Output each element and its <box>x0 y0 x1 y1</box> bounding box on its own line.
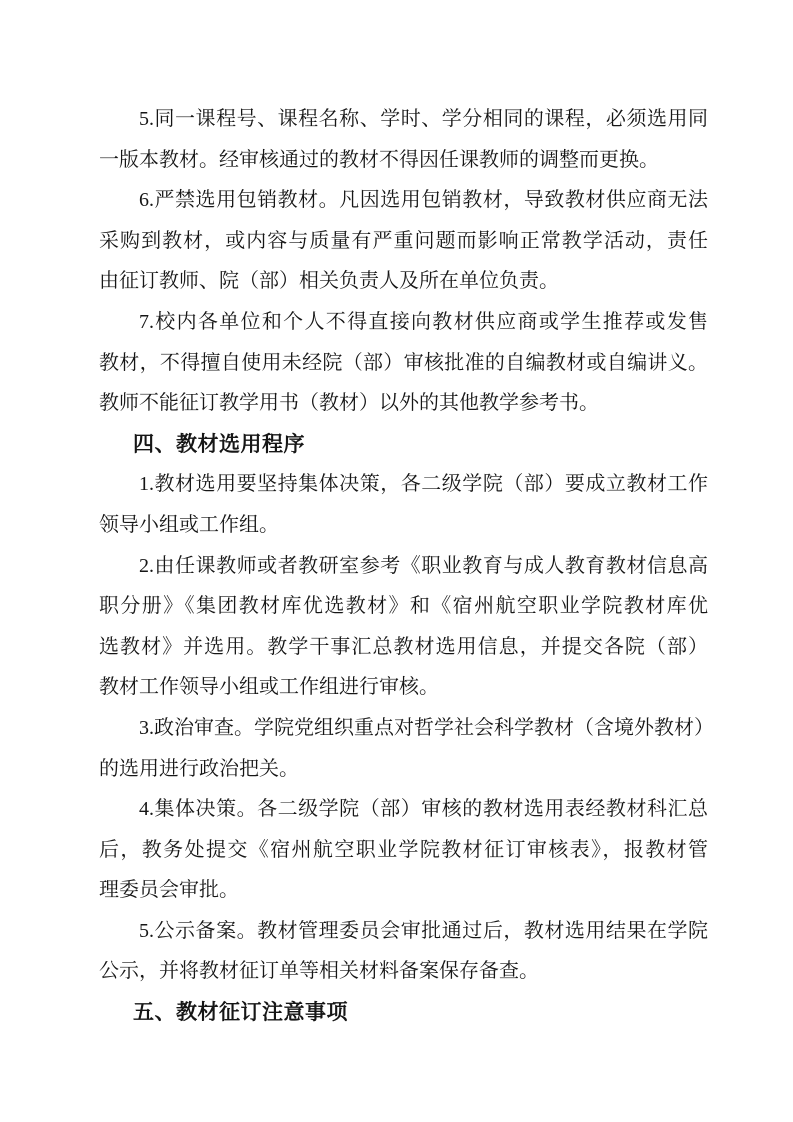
text-line: 选教材》并选用。教学干事汇总教材选用信息，并提交各院（部） <box>99 627 708 668</box>
paragraph-procedure-1: 1.教材选用要坚持集体决策，各二级学院（部）要成立教材工作 领导小组或工作组。 <box>99 464 708 545</box>
section-heading-text: 四、教材选用程序 <box>99 424 708 465</box>
paragraph-procedure-4: 4.集体决策。各二级学院（部）审核的教材选用表经教材科汇总 后，教务处提交《宿州… <box>99 789 708 911</box>
text-line: 5.同一课程号、课程名称、学时、学分相同的课程，必须选用同 <box>99 99 708 140</box>
paragraph-procedure-2: 2.由任课教师或者教研室参考《职业教育与成人教育教材信息高 职分册》《集团教材库… <box>99 546 708 708</box>
text-line: 后，教务处提交《宿州航空职业学院教材征订审核表》，报教材管 <box>99 830 708 871</box>
text-line: 3.政治审查。学院党组织重点对哲学社会科学教材（含境外教材） <box>99 708 708 749</box>
text-line: 由征订教师、院（部）相关负责人及所在单位负责。 <box>99 261 708 302</box>
text-line: 公示，并将教材征订单等相关材料备案保存备查。 <box>99 951 708 992</box>
section-heading-4: 四、教材选用程序 <box>99 424 708 465</box>
text-line: 教师不能征订教学用书（教材）以外的其他教学参考书。 <box>99 383 708 424</box>
paragraph-procedure-3: 3.政治审查。学院党组织重点对哲学社会科学教材（含境外教材） 的选用进行政治把关… <box>99 708 708 789</box>
paragraph-clause-7: 7.校内各单位和个人不得直接向教材供应商或学生推荐或发售 教材，不得擅自使用未经… <box>99 302 708 424</box>
text-line: 4.集体决策。各二级学院（部）审核的教材选用表经教材科汇总 <box>99 789 708 830</box>
text-line: 理委员会审批。 <box>99 870 708 911</box>
text-line: 6.严禁选用包销教材。凡因选用包销教材，导致教材供应商无法 <box>99 180 708 221</box>
text-line: 2.由任课教师或者教研室参考《职业教育与成人教育教材信息高 <box>99 546 708 587</box>
text-line: 5.公示备案。教材管理委员会审批通过后，教材选用结果在学院 <box>99 911 708 952</box>
paragraph-clause-5: 5.同一课程号、课程名称、学时、学分相同的课程，必须选用同 一版本教材。经审核通… <box>99 99 708 180</box>
paragraph-clause-6: 6.严禁选用包销教材。凡因选用包销教材，导致教材供应商无法 采购到教材，或内容与… <box>99 180 708 302</box>
text-line: 职分册》《集团教材库优选教材》和《宿州航空职业学院教材库优 <box>99 586 708 627</box>
document-body: 5.同一课程号、课程名称、学时、学分相同的课程，必须选用同 一版本教材。经审核通… <box>99 99 708 1033</box>
paragraph-procedure-5: 5.公示备案。教材管理委员会审批通过后，教材选用结果在学院 公示，并将教材征订单… <box>99 911 708 992</box>
text-line: 1.教材选用要坚持集体决策，各二级学院（部）要成立教材工作 <box>99 464 708 505</box>
section-heading-text: 五、教材征订注意事项 <box>99 992 708 1033</box>
text-line: 一版本教材。经审核通过的教材不得因任课教师的调整而更换。 <box>99 140 708 181</box>
text-line: 采购到教材，或内容与质量有严重问题而影响正常教学活动，责任 <box>99 221 708 262</box>
section-heading-5: 五、教材征订注意事项 <box>99 992 708 1033</box>
text-line: 领导小组或工作组。 <box>99 505 708 546</box>
text-line: 7.校内各单位和个人不得直接向教材供应商或学生推荐或发售 <box>99 302 708 343</box>
text-line: 教材，不得擅自使用未经院（部）审核批准的自编教材或自编讲义。 <box>99 343 708 384</box>
document-page: 5.同一课程号、课程名称、学时、学分相同的课程，必须选用同 一版本教材。经审核通… <box>0 0 793 1122</box>
text-line: 的选用进行政治把关。 <box>99 749 708 790</box>
text-line: 教材工作领导小组或工作组进行审核。 <box>99 667 708 708</box>
